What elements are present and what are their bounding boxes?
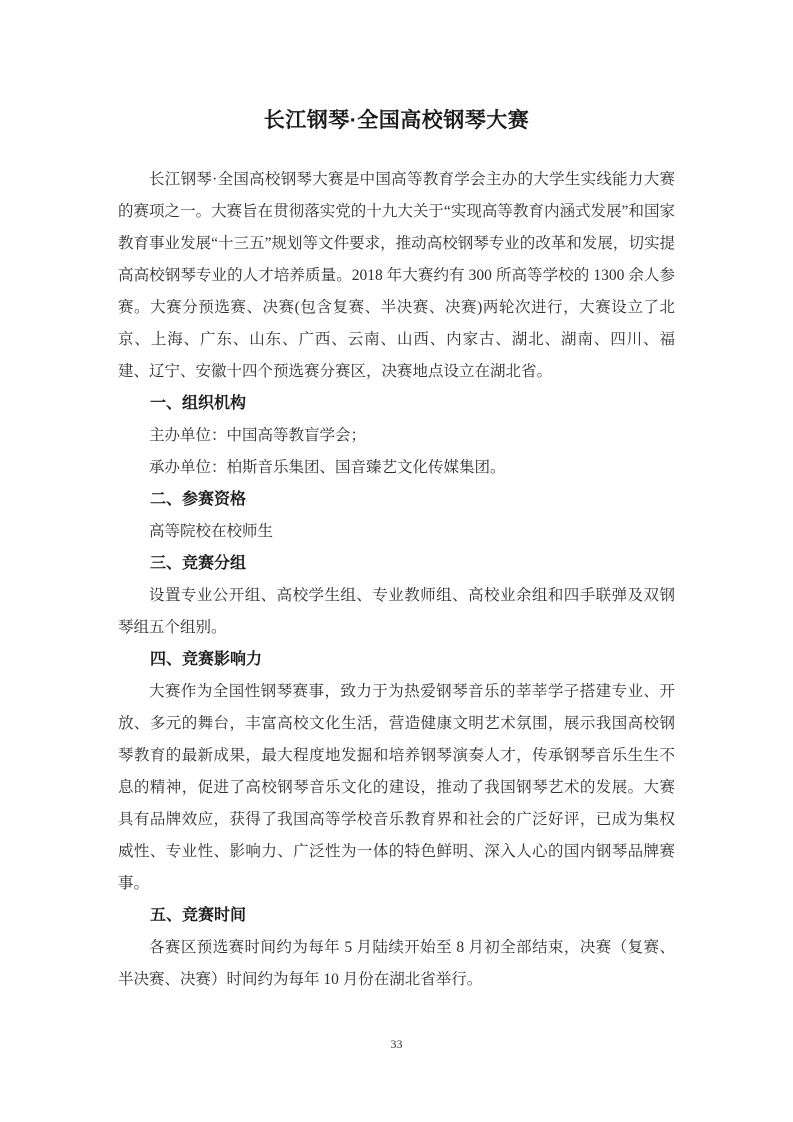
organizer-line: 主办单位：中国高等教盲学会； bbox=[118, 420, 675, 452]
groups-paragraph: 设置专业公开组、高校学生组、专业教师组、高校业余组和四手联弹及双钢琴组五个组别。 bbox=[118, 580, 675, 644]
schedule-paragraph: 各赛区预选赛时间约为每年 5 月陆续开始至 8 月初全部结束，决赛（复赛、半决赛… bbox=[118, 932, 675, 996]
intro-paragraph: 长江钢琴·全国高校钢琴大赛是中国高等教育学会主办的大学生实线能力大赛的赛项之一。… bbox=[118, 164, 675, 388]
section-heading-schedule: 五、竞赛时间 bbox=[118, 900, 675, 932]
document-page: 长江钢琴·全国高校钢琴大赛 长江钢琴·全国高校钢琴大赛是中国高等教育学会主办的大… bbox=[0, 0, 793, 1122]
section-heading-influence: 四、竞赛影响力 bbox=[118, 644, 675, 676]
page-number: 33 bbox=[0, 1036, 793, 1052]
section-heading-eligibility: 二、参赛资格 bbox=[118, 484, 675, 516]
undertaker-line: 承办单位：柏斯音乐集团、国音臻艺文化传媒集团。 bbox=[118, 452, 675, 484]
section-heading-organization: 一、组织机构 bbox=[118, 388, 675, 420]
influence-paragraph: 大赛作为全国性钢琴赛事，致力于为热爱钢琴音乐的莘莘学子搭建专业、开放、多元的舞台… bbox=[118, 676, 675, 900]
eligibility-paragraph: 高等院校在校师生 bbox=[118, 516, 675, 548]
section-heading-groups: 三、竞赛分组 bbox=[118, 548, 675, 580]
document-title: 长江钢琴·全国高校钢琴大赛 bbox=[118, 102, 675, 140]
document-content: 长江钢琴·全国高校钢琴大赛 长江钢琴·全国高校钢琴大赛是中国高等教育学会主办的大… bbox=[118, 102, 675, 996]
